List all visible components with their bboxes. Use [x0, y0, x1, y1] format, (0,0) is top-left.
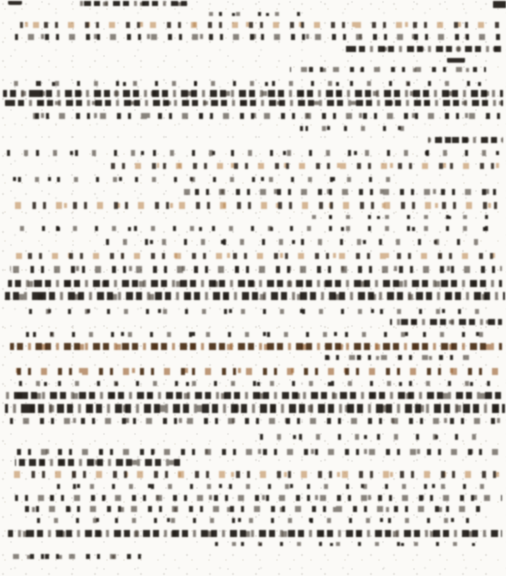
scan-text-line: [10, 469, 502, 479]
scan-text-line: [8, 279, 502, 289]
scan-text-line: [10, 379, 490, 388]
scan-text-line: [12, 79, 482, 88]
scan-text-line: [493, 0, 506, 9]
scan-text-line: [15, 330, 490, 339]
scan-text-line: [288, 124, 410, 132]
scan-text-line: [344, 45, 502, 53]
scan-text-line: [5, 402, 505, 414]
scan-text-line: [10, 175, 400, 184]
scan-text-line: [25, 516, 470, 524]
scan-text-line: [8, 529, 502, 539]
scan-text-line: [325, 354, 480, 362]
scan-text-line: [10, 447, 502, 456]
scan-text-line: [3, 89, 503, 98]
scan-text-line: [390, 318, 502, 326]
scan-text-line: [198, 11, 303, 18]
scan-text-line: [10, 264, 502, 274]
scan-text-line: [100, 237, 480, 247]
scan-text-line: [45, 482, 490, 491]
scan-text-line: [5, 148, 502, 158]
scan-text-line: [180, 187, 502, 196]
scan-text-line: [20, 224, 502, 233]
scan-text-line: [25, 307, 490, 316]
document-page: [0, 0, 506, 576]
scan-text-line: [5, 291, 505, 302]
scan-text-line: [260, 432, 480, 442]
scan-text-line: [10, 200, 502, 210]
scan-text-line: [15, 493, 502, 502]
scan-text-line: [300, 214, 490, 221]
scan-text-line: [5, 99, 503, 107]
scan-text-line: [15, 366, 502, 376]
scan-text-line: [15, 458, 180, 467]
scan-text-line: [10, 32, 502, 41]
scan-text-line: [10, 342, 502, 352]
scan-text-line: [77, 0, 189, 7]
scan-text-line: [5, 391, 505, 401]
scan-text-line: [12, 553, 150, 561]
scan-text-line: [10, 416, 502, 425]
scan-text-line: [290, 66, 486, 74]
scan-text-line: [15, 251, 502, 260]
scan-text-line: [16, 20, 502, 29]
scan-text-line: [25, 111, 502, 120]
scan-text-line: [428, 136, 503, 144]
scan-text-line: [447, 57, 465, 63]
scan-text-line: [110, 161, 502, 170]
scan-text-line: [8, 0, 22, 5]
scan-text-line: [215, 541, 475, 548]
scan-text-line: [20, 504, 480, 513]
